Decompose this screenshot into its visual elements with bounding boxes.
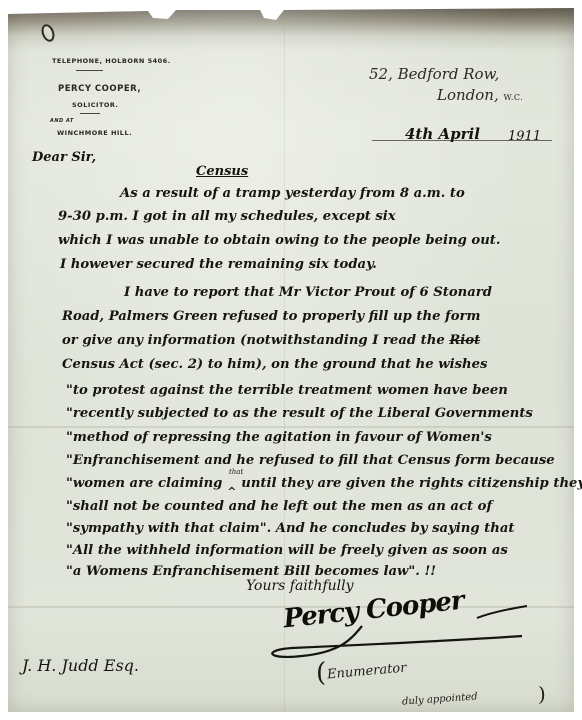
letterhead-telephone: Telephone, Holborn 5406. <box>52 57 171 65</box>
caret-insertion: that‸ <box>227 476 237 491</box>
address-city: London, W.C. <box>437 86 523 104</box>
letterhead-title: Solicitor. <box>72 101 119 109</box>
body-line: "to protest against the terrible treatme… <box>66 383 508 398</box>
body-line-text: "women are claiming <box>66 476 222 491</box>
body-line: As a result of a tramp yesterday from 8 … <box>120 186 465 201</box>
body-line: which I was unable to obtain owing to th… <box>58 233 501 248</box>
body-line: "Enfranchisement and he refused to fill … <box>66 453 555 468</box>
body-line: 9-30 p.m. I got in all my schedules, exc… <box>58 209 396 224</box>
letterhead-branch: Winchmore Hill. <box>57 129 132 137</box>
body-line: or give any information (notwithstanding… <box>62 333 480 348</box>
address-city-name: London, <box>437 86 499 104</box>
body-line: "recently subjected to as the result of … <box>66 406 533 421</box>
open-paren: ( <box>316 658 326 688</box>
body-line: I have to report that Mr Victor Prout of… <box>124 285 492 300</box>
letter-year: 1911 <box>508 129 541 144</box>
struck-word: Riot <box>449 333 480 348</box>
inserted-word: that <box>229 468 243 476</box>
subject-heading: Census <box>196 164 248 179</box>
body-line: "women are claiming that‸ until they are… <box>66 476 582 491</box>
closing: Yours faithfully <box>246 578 354 594</box>
salutation: Dear Sir, <box>32 150 96 165</box>
close-paren: ) <box>538 682 546 706</box>
letterhead-and-at: And at <box>50 118 74 124</box>
body-line: Census Act (sec. 2) to him), on the grou… <box>62 357 487 372</box>
letterhead-name: Percy Cooper, <box>58 84 141 94</box>
body-line: "shall not be counted and he left out th… <box>66 499 492 514</box>
letter-date: 4th April <box>405 125 480 143</box>
address-street: 52, Bedford Row, <box>369 65 499 83</box>
body-line: "sympathy with that claim". And he concl… <box>66 521 514 536</box>
body-line-text: or give any information (notwithstanding… <box>62 333 445 348</box>
body-line: I however secured the remaining six toda… <box>60 257 377 272</box>
paper-fold <box>8 426 574 428</box>
body-line: "a Womens Enfranchisement Bill becomes l… <box>66 564 436 579</box>
recipient: J. H. Judd Esq. <box>22 656 139 675</box>
body-line: "method of repressing the agitation in f… <box>66 430 492 445</box>
address-postal: W.C. <box>504 93 524 102</box>
body-line-text: until they are given the rights citizens… <box>241 476 582 491</box>
body-line: Road, Palmers Green refused to properly … <box>62 309 480 324</box>
body-line: "All the withheld information will be fr… <box>66 543 508 558</box>
letterhead-divider <box>80 113 100 114</box>
letterhead-divider <box>76 70 103 71</box>
